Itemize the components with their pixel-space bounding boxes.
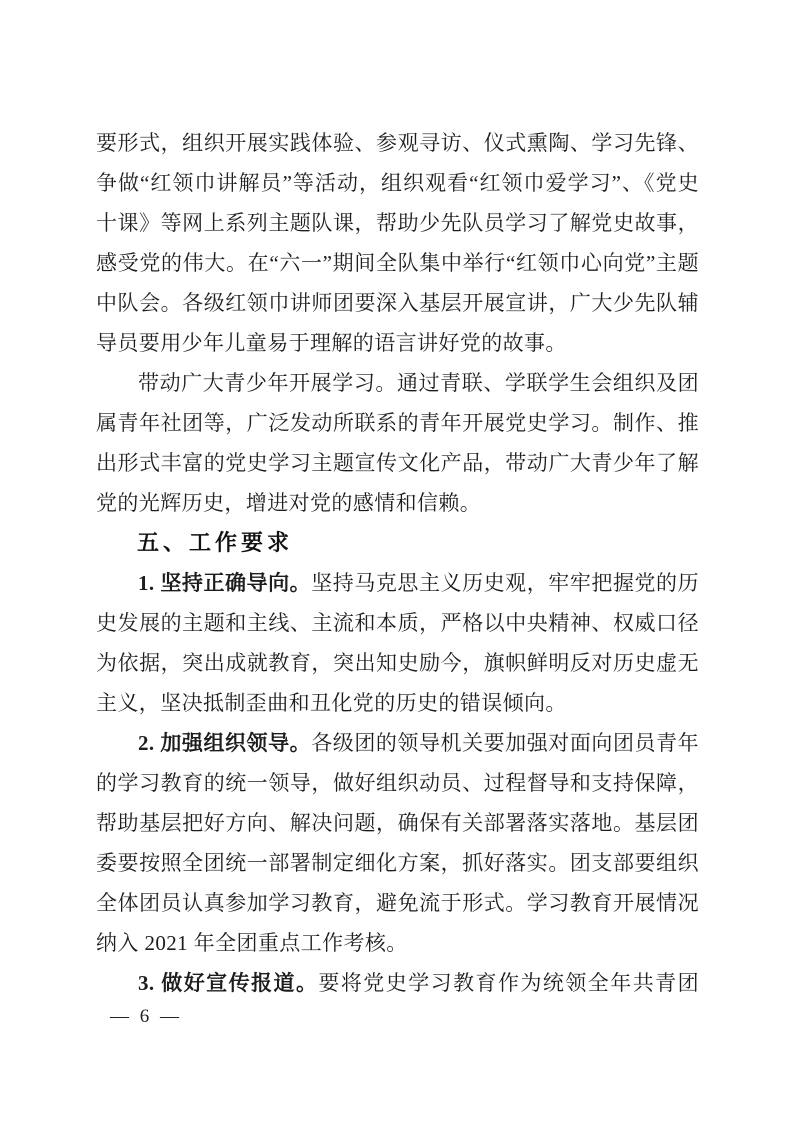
paragraph-text: 带动广大青少年开展学习。通过青联、学联学生会组织及团属青年社团等，广泛发动所联系… [96,371,699,515]
numbered-paragraph-lead: 2. 加强组织领导。 [138,731,311,755]
document-body: 要形式，组织开展实践体验、参观寻访、仪式熏陶、学习先锋、争做“红领巾讲解员”等活… [96,123,699,1003]
paragraph: 带动广大青少年开展学习。通过青联、学联学生会组织及团属青年社团等，广泛发动所联系… [96,363,699,523]
paragraph-text: 要将党史学习教育作为统领全年共青团 [318,971,699,995]
numbered-paragraph-3: 3. 做好宣传报道。要将党史学习教育作为统领全年共青团 [96,963,699,1003]
paragraph-text: 要形式，组织开展实践体验、参观寻访、仪式熏陶、学习先锋、争做“红领巾讲解员”等活… [96,131,699,355]
page-number: — 6 — [110,1003,182,1031]
numbered-paragraph-2: 2. 加强组织领导。各级团的领导机关要加强对面向团员青年的学习教育的统一领导，做… [96,723,699,963]
paragraph-continuation: 要形式，组织开展实践体验、参观寻访、仪式熏陶、学习先锋、争做“红领巾讲解员”等活… [96,123,699,363]
document-page: 要形式，组织开展实践体验、参观寻访、仪式熏陶、学习先锋、争做“红领巾讲解员”等活… [0,0,793,1122]
numbered-paragraph-1: 1. 坚持正确导向。坚持马克思主义历史观，牢牢把握党的历史发展的主题和主线、主流… [96,563,699,723]
section-heading: 五、工作要求 [96,523,699,563]
numbered-paragraph-lead: 1. 坚持正确导向。 [138,571,311,595]
numbered-paragraph-lead: 3. 做好宣传报道。 [138,971,318,995]
paragraph-text: 各级团的领导机关要加强对面向团员青年的学习教育的统一领导，做好组织动员、过程督导… [96,731,699,955]
